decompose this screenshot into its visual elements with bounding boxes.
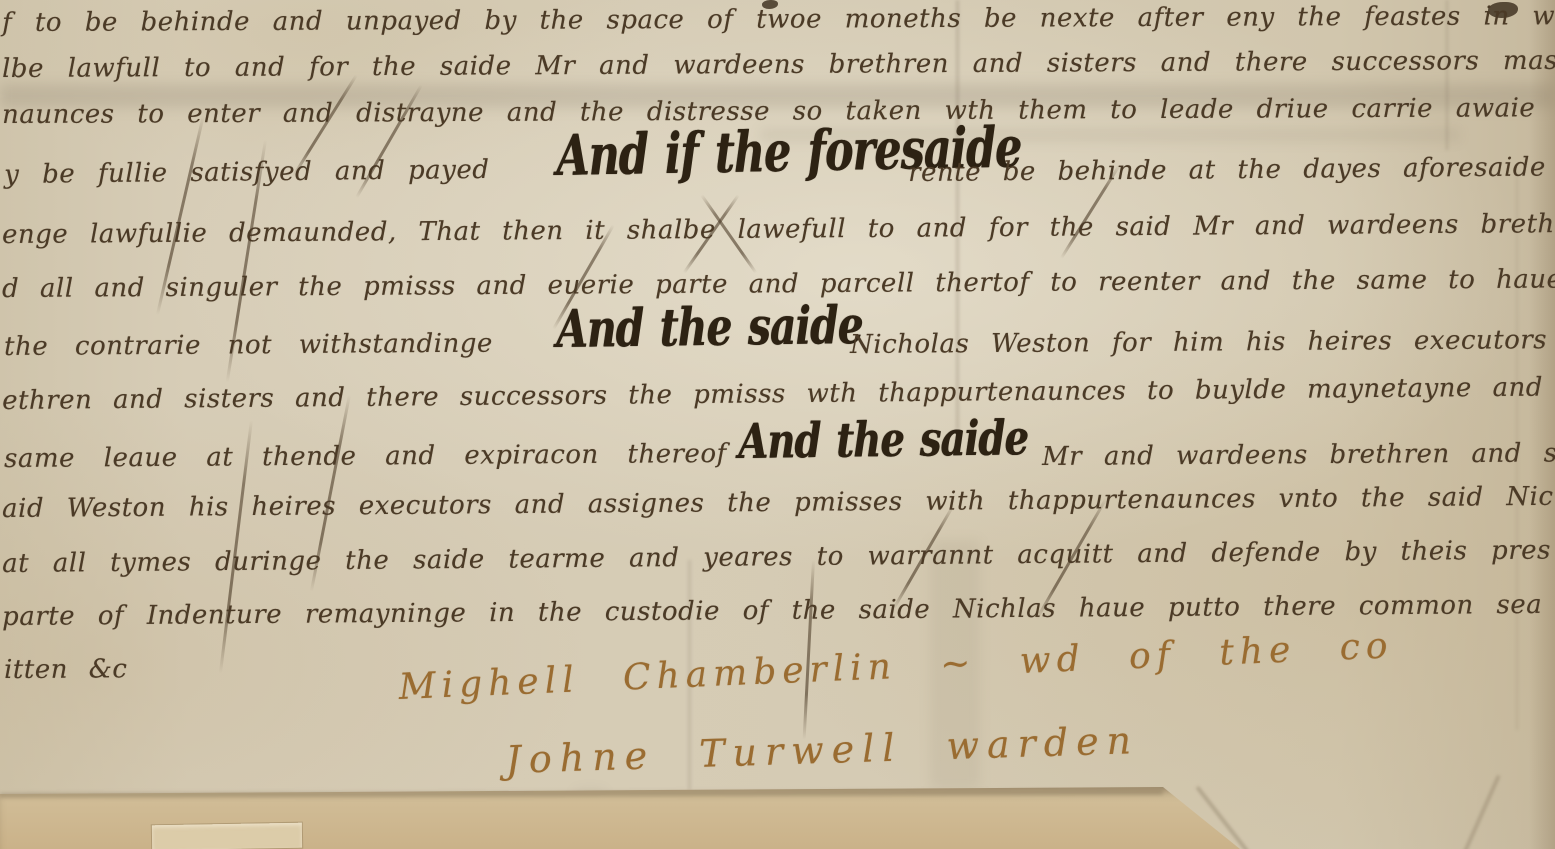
manuscript-line: enge lawfullie demaunded, That then it s… <box>2 209 1555 251</box>
signature-warden: Johne Turwell warden <box>505 720 1140 782</box>
manuscript-line-segment: rente be behinde at the dayes aforesaide… <box>908 152 1555 189</box>
manuscript-line: parte of Indenture remayninge in the cus… <box>2 590 1542 633</box>
manuscript-line: ethren and sisters and there successors … <box>2 372 1555 417</box>
manuscript-line: itten &c <box>4 654 127 686</box>
engrossed-phrase: And the saide <box>556 300 863 356</box>
signature-master: Mighell Chamberlin ~ wd of the co <box>398 626 1394 707</box>
fold-right-crease <box>1463 775 1500 849</box>
manuscript-photo: f to be behinde and unpayed by the space… <box>0 0 1555 849</box>
manuscript-line-segment: y be fullie satisfyed and payed <box>4 155 490 191</box>
page-edge-shadow <box>1529 0 1555 849</box>
manuscript-line-segment: the contrarie not withstandinge <box>4 329 493 364</box>
manuscript-line-segment: same leaue at thende and expiracon there… <box>4 439 727 475</box>
manuscript-line-segment: Nicholas Weston for him his heires execu… <box>850 325 1547 361</box>
manuscript-line: f to be behinde and unpayed by the space… <box>2 0 1555 39</box>
manuscript-line-segment: Mr and wardeens brethren and sist <box>1042 438 1555 473</box>
seal-tag-slot <box>152 823 302 849</box>
manuscript-line: lbe lawfull to and for the saide Mr and … <box>2 45 1555 86</box>
engrossed-phrase: And the saide <box>738 414 1028 466</box>
manuscript-line: aid Weston his heires executors and assi… <box>2 482 1554 525</box>
